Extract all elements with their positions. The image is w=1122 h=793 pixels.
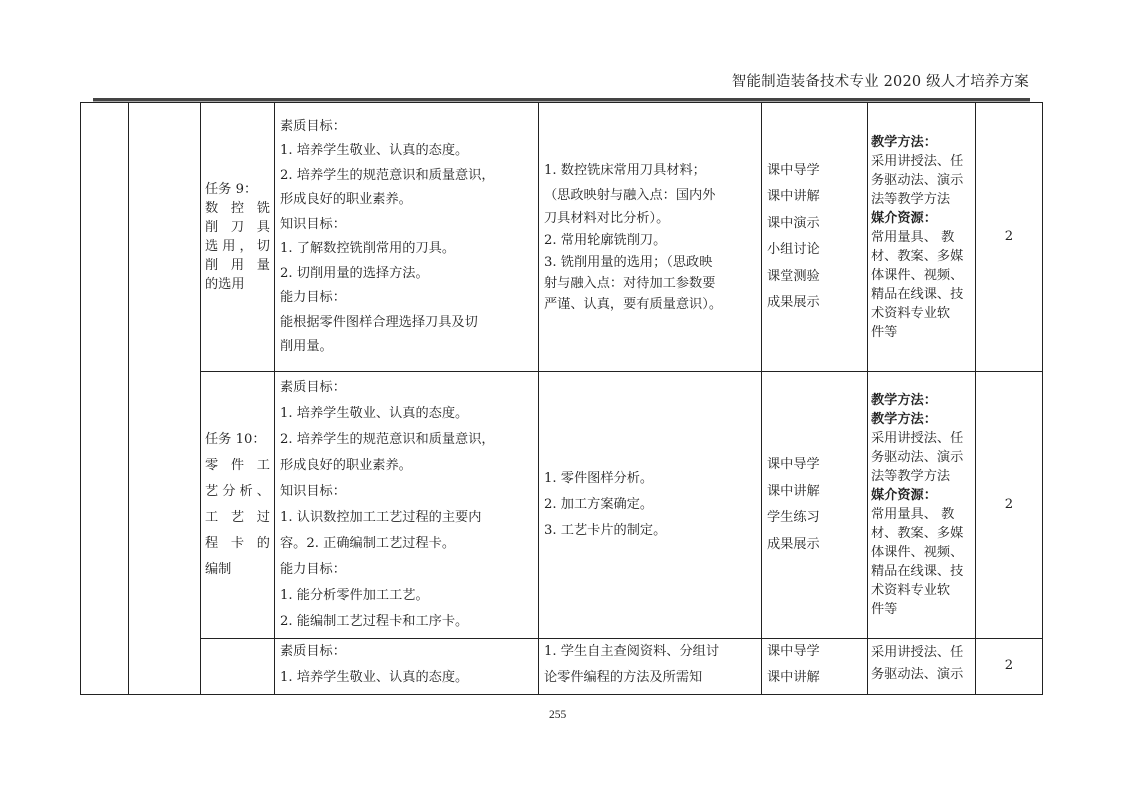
content-line: 1. 零件图样分析。 bbox=[544, 466, 756, 492]
resource-line: 体课件、视频、 bbox=[871, 543, 972, 562]
resource-line: 件等 bbox=[871, 600, 972, 619]
resource-line: 务驱动法、演示 bbox=[871, 664, 972, 686]
resource-line: 采用讲授法、任 bbox=[871, 429, 972, 448]
objectives-cell: 素质目标： 1. 培养学生敬业、认真的态度。 bbox=[275, 639, 539, 695]
curriculum-table: 任务 9： 数 控 铣 削 刀 具 选用，切 削 用 量 的选用 素质目标： 1… bbox=[80, 102, 1043, 695]
objectives-cell: 素质目标： 1. 培养学生敬业、认真的态度。 2. 培养学生的规范意识和质量意识… bbox=[275, 372, 539, 639]
resource-heading-media: 媒介资源： bbox=[871, 209, 972, 228]
objective-line: 知识目标： bbox=[280, 213, 533, 238]
method-line: 课中讲解 bbox=[767, 665, 862, 691]
method-line: 课中演示 bbox=[767, 211, 862, 238]
objective-line: 形成良好的职业素养。 bbox=[280, 188, 533, 213]
table-row-task10: 任务 10： 零 件 工 艺分析、 工 艺 过 程 卡 的 编制 素质目标： 1… bbox=[81, 372, 1043, 639]
objective-line: 2. 培养学生的规范意识和质量意识， bbox=[280, 427, 533, 453]
task-line: 零 件 工 bbox=[205, 453, 270, 479]
objective-line: 削用量。 bbox=[280, 335, 533, 360]
resource-line: 常用量具、 教 bbox=[871, 505, 972, 524]
objective-line: 2. 能编制工艺过程卡和工序卡。 bbox=[280, 609, 533, 635]
table-row-partial: 素质目标： 1. 培养学生敬业、认真的态度。 1. 学生自主查阅资料、分组讨 论… bbox=[81, 639, 1043, 695]
content-cell: 1. 数控铣床常用刀具材料； （思政映射与融入点：国内外 刀具材料对比分析）。 … bbox=[539, 103, 762, 372]
methods-cell: 课中导学 课中讲解 bbox=[762, 639, 868, 695]
task-line: 程 卡 的 bbox=[205, 531, 270, 557]
resource-line: 体课件、视频、 bbox=[871, 266, 972, 285]
content-line: 刀具材料对比分析）。 bbox=[544, 208, 756, 230]
objective-line: 形成良好的职业素养。 bbox=[280, 453, 533, 479]
content-line: 射与融入点：对待加工参数要 bbox=[544, 274, 756, 294]
table-row-task9: 任务 9： 数 控 铣 削 刀 具 选用，切 削 用 量 的选用 素质目标： 1… bbox=[81, 103, 1043, 372]
objective-line: 能力目标： bbox=[280, 286, 533, 311]
hours-cell: 2 bbox=[976, 639, 1043, 695]
task-line: 任务 9： bbox=[205, 180, 270, 199]
resource-heading-methods: 教学方法： bbox=[871, 391, 972, 410]
task-name-cell: 任务 9： 数 控 铣 削 刀 具 选用，切 削 用 量 的选用 bbox=[201, 103, 275, 372]
objective-line: 容。2. 正确编制工艺过程卡。 bbox=[280, 531, 533, 557]
content-line: 2. 常用轮廓铣削刀。 bbox=[544, 230, 756, 252]
objectives-cell: 素质目标： 1. 培养学生敬业、认真的态度。 2. 培养学生的规范意识和质量意识… bbox=[275, 103, 539, 372]
method-line: 课中讲解 bbox=[767, 479, 862, 506]
objective-line: 知识目标： bbox=[280, 479, 533, 505]
method-line: 小组讨论 bbox=[767, 237, 862, 264]
resource-line: 务驱动法、演示 bbox=[871, 171, 972, 190]
resource-line: 术资料专业软 bbox=[871, 581, 972, 600]
objective-line: 1. 培养学生敬业、认真的态度。 bbox=[280, 139, 533, 164]
resource-line: 法等教学方法 bbox=[871, 190, 972, 209]
task-line: 的选用 bbox=[205, 275, 270, 294]
resource-heading-methods: 教学方法： bbox=[871, 410, 972, 429]
objective-line: 能力目标： bbox=[280, 557, 533, 583]
resource-line: 精品在线课、技 bbox=[871, 562, 972, 581]
task-line: 任务 10： bbox=[205, 427, 270, 453]
resource-heading-methods: 教学方法： bbox=[871, 133, 972, 152]
content-line: （思政映射与融入点：国内外 bbox=[544, 183, 756, 208]
content-line: 1. 学生自主查阅资料、分组讨 bbox=[544, 639, 756, 665]
task-line: 工 艺 过 bbox=[205, 505, 270, 531]
method-line: 课堂测验 bbox=[767, 264, 862, 291]
resources-cell: 教学方法： 教学方法： 采用讲授法、任 务驱动法、演示 法等教学方法 媒介资源：… bbox=[868, 372, 976, 639]
task-name-cell bbox=[201, 639, 275, 695]
method-line: 成果展示 bbox=[767, 290, 862, 317]
objective-line: 1. 能分析零件加工工艺。 bbox=[280, 583, 533, 609]
objective-line: 1. 认识数控加工工艺过程的主要内 bbox=[280, 505, 533, 531]
resource-heading-media: 媒介资源： bbox=[871, 486, 972, 505]
content-line: 3. 铣削用量的选用；（思政映 bbox=[544, 252, 756, 274]
objective-line: 1. 了解数控铣削常用的刀具。 bbox=[280, 237, 533, 262]
task-line: 选用，切 bbox=[205, 237, 270, 256]
content-cell: 1. 零件图样分析。 2. 加工方案确定。 3. 工艺卡片的制定。 bbox=[539, 372, 762, 639]
content-line: 1. 数控铣床常用刀具材料； bbox=[544, 158, 756, 183]
objective-line: 1. 培养学生敬业、认真的态度。 bbox=[280, 665, 533, 691]
task-line: 削 用 量 bbox=[205, 256, 270, 275]
document-header-title: 智能制造装备技术专业 2020 级人才培养方案 bbox=[732, 70, 1029, 91]
objective-line: 素质目标： bbox=[280, 639, 533, 665]
objective-line: 2. 切削用量的选择方法。 bbox=[280, 262, 533, 287]
task-line: 编制 bbox=[205, 557, 270, 583]
method-line: 课中讲解 bbox=[767, 184, 862, 211]
objective-line: 1. 培养学生敬业、认真的态度。 bbox=[280, 401, 533, 427]
resource-line: 务驱动法、演示 bbox=[871, 448, 972, 467]
method-line: 课中导学 bbox=[767, 452, 862, 479]
module-cell bbox=[81, 103, 129, 695]
method-line: 课中导学 bbox=[767, 158, 862, 185]
resource-line: 术资料专业软 bbox=[871, 304, 972, 323]
content-line: 论零件编程的方法及所需知 bbox=[544, 665, 756, 691]
hours-cell: 2 bbox=[976, 103, 1043, 372]
resource-line: 材、教案、多媒 bbox=[871, 524, 972, 543]
resource-line: 采用讲授法、任 bbox=[871, 642, 972, 664]
resource-line: 采用讲授法、任 bbox=[871, 152, 972, 171]
methods-cell: 课中导学 课中讲解 学生练习 成果展示 bbox=[762, 372, 868, 639]
content-line: 严谨、认真，要有质量意识）。 bbox=[544, 294, 756, 316]
method-line: 成果展示 bbox=[767, 532, 862, 559]
objective-line: 能根据零件图样合理选择刀具及切 bbox=[280, 311, 533, 336]
task-line: 艺分析、 bbox=[205, 479, 270, 505]
method-line: 课中导学 bbox=[767, 639, 862, 665]
methods-cell: 课中导学 课中讲解 课中演示 小组讨论 课堂测验 成果展示 bbox=[762, 103, 868, 372]
content-line: 2. 加工方案确定。 bbox=[544, 492, 756, 518]
page-number: 255 bbox=[549, 709, 566, 721]
method-line: 学生练习 bbox=[767, 505, 862, 532]
task-line: 削 刀 具 bbox=[205, 218, 270, 237]
resources-cell: 采用讲授法、任 务驱动法、演示 bbox=[868, 639, 976, 695]
resource-line: 常用量具、 教 bbox=[871, 228, 972, 247]
resource-line: 精品在线课、技 bbox=[871, 285, 972, 304]
project-cell bbox=[129, 103, 201, 695]
hours-cell: 2 bbox=[976, 372, 1043, 639]
objective-line: 素质目标： bbox=[280, 375, 533, 401]
objective-line: 素质目标： bbox=[280, 115, 533, 140]
resource-line: 法等教学方法 bbox=[871, 467, 972, 486]
task-name-cell: 任务 10： 零 件 工 艺分析、 工 艺 过 程 卡 的 编制 bbox=[201, 372, 275, 639]
content-line: 3. 工艺卡片的制定。 bbox=[544, 518, 756, 544]
objective-line: 2. 培养学生的规范意识和质量意识， bbox=[280, 164, 533, 189]
content-cell: 1. 学生自主查阅资料、分组讨 论零件编程的方法及所需知 bbox=[539, 639, 762, 695]
resources-cell: 教学方法： 采用讲授法、任 务驱动法、演示 法等教学方法 媒介资源： 常用量具、… bbox=[868, 103, 976, 372]
task-line: 数 控 铣 bbox=[205, 199, 270, 218]
resource-line: 材、教案、多媒 bbox=[871, 247, 972, 266]
resource-line: 件等 bbox=[871, 323, 972, 342]
